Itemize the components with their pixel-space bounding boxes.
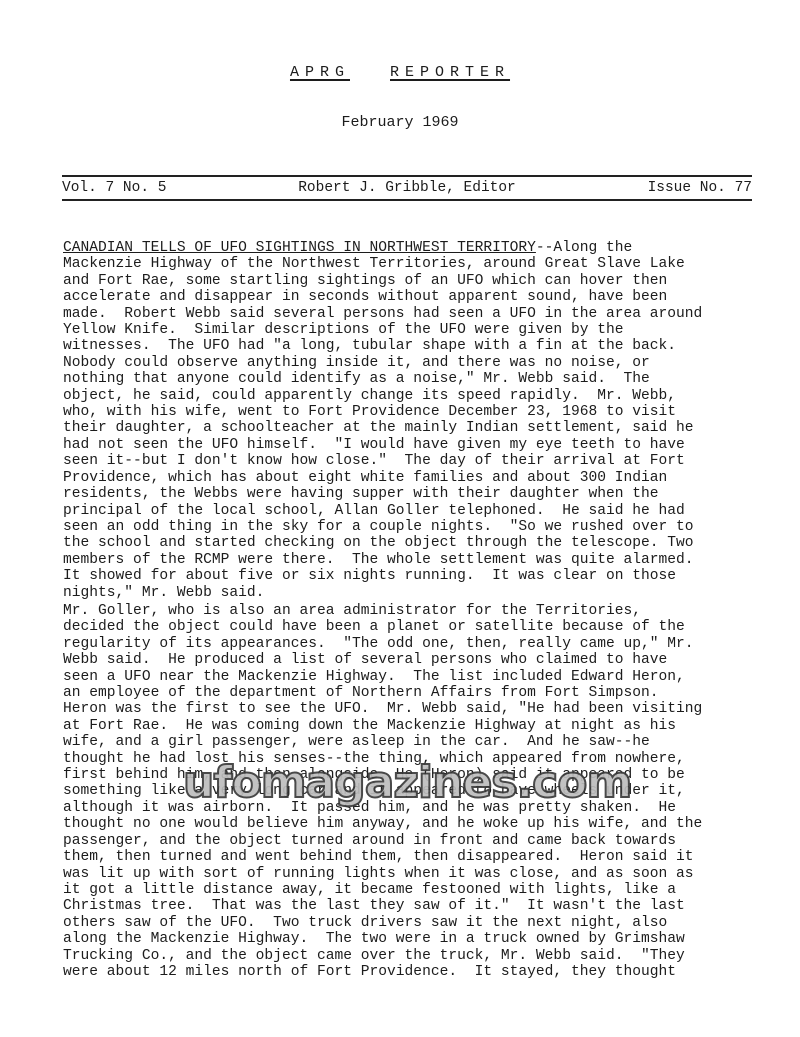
article-paragraph-2: Mr. Goller, who is also an area administ… — [63, 603, 763, 980]
masthead-word-aprg: APRG — [290, 64, 350, 81]
volume-number: Vol. 7 No. 5 — [62, 180, 166, 196]
issue-date: February 1969 — [0, 114, 800, 131]
issue-info-bar: Vol. 7 No. 5 Robert J. Gribble, Editor I… — [62, 175, 752, 201]
paragraph-1-text: --Along the Mackenzie Highway of the Nor… — [63, 240, 702, 601]
article-paragraph-1: CANADIAN TELLS OF UFO SIGHTINGS IN NORTH… — [63, 240, 763, 601]
masthead-word-reporter: REPORTER — [390, 64, 510, 81]
article-headline: CANADIAN TELLS OF UFO SIGHTINGS IN NORTH… — [63, 240, 536, 256]
issue-number: Issue No. 77 — [648, 180, 752, 196]
editor-credit: Robert J. Gribble, Editor — [298, 180, 516, 196]
masthead-title: APRGREPORTER — [0, 64, 800, 81]
